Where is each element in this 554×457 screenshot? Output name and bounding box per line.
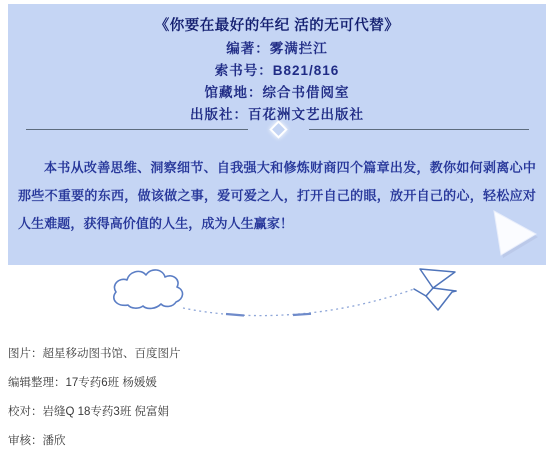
- credit-proofreading: 校对：岩缝Q 18专药3班 倪富娟: [8, 398, 548, 427]
- doodle-strip: [0, 262, 554, 348]
- book-call-number-line: 索书号：B821/816: [8, 59, 546, 79]
- diamond-sparkle-icon: [269, 120, 287, 138]
- article-page: 《你要在最好的年纪 活的无可代替》 编著：雾满拦江 索书号：B821/816 馆…: [0, 0, 554, 457]
- credit-image-source: 图片：超星移动图书馆、百度图片: [8, 340, 548, 369]
- dotted-flight-trail: [183, 289, 414, 316]
- book-title: 《你要在最好的年纪 活的无可代替》: [8, 14, 546, 35]
- divider-line-left: [26, 129, 248, 130]
- credits-block: 图片：超星移动图书馆、百度图片 编辑整理：17专药6班 杨媛媛 校对：岩缝Q 1…: [8, 340, 548, 456]
- credit-editing: 编辑整理：17专药6班 杨媛媛: [8, 369, 548, 398]
- book-editor-line: 编著：雾满拦江: [8, 37, 546, 57]
- credit-review: 审核：潘欣: [8, 427, 548, 456]
- book-location-line: 馆藏地：综合书借阅室: [8, 81, 546, 101]
- book-info-panel: 《你要在最好的年纪 活的无可代替》 编著：雾满拦江 索书号：B821/816 馆…: [8, 4, 546, 265]
- divider-line-right: [309, 129, 529, 130]
- section-divider: [8, 123, 546, 136]
- cloud-doodle-icon: [114, 270, 183, 309]
- book-summary: 本书从改善思维、洞察细节、自我强大和修炼财商四个篇章出发，教你如何剥离心中那些不…: [18, 154, 536, 238]
- paper-plane-doodle-icon: [414, 269, 456, 310]
- paper-plane-corner-icon: [484, 203, 544, 263]
